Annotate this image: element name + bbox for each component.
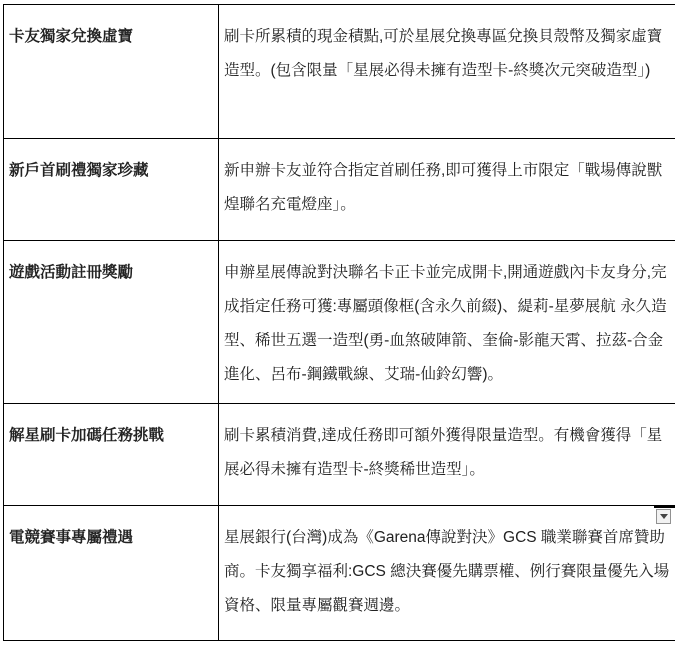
benefit-description: 刷卡累積消費,達成任務即可額外獲得限量造型。有機會獲得「星展必得未擁有造型卡-終… [219,404,675,506]
benefit-description: 申辦星展傳說對決聯名卡正卡並完成開卡,開通遊戲內卡友身分,完成指定任務可獲:專屬… [219,241,675,404]
row-separator-extension [654,506,675,508]
table-row: 新戶首刷禮獨家珍藏 新申辦卡友並符合指定首刷任務,即可獲得上市限定「戰場傳說獸煌… [4,139,675,241]
benefit-title-game-registration-reward: 遊戲活動註冊獎勵 [4,241,219,404]
benefit-title-spending-mission: 解星刷卡加碼任務挑戰 [4,404,219,506]
table-row: 遊戲活動註冊獎勵 申辦星展傳說對決聯名卡正卡並完成開卡,開通遊戲內卡友身分,完成… [4,241,675,404]
benefit-title-exclusive-redeem: 卡友獨家兌換虛寶 [4,5,219,139]
benefit-description: 新申辦卡友並符合指定首刷任務,即可獲得上市限定「戰場傳說獸煌聯名充電燈座」。 [219,139,675,241]
table-row: 電競賽事專屬禮遇 星展銀行(台灣)成為《Garena傳說對決》GCS 職業聯賽首… [4,506,675,641]
chevron-down-icon [660,514,668,519]
benefit-title-esports-privileges: 電競賽事專屬禮遇 [4,506,219,641]
page: 卡友獨家兌換虛寶 刷卡所累積的現金積點,可於星展兌換專區兌換貝殼幣及獨家虛寶造型… [0,0,675,646]
benefit-description: 刷卡所累積的現金積點,可於星展兌換專區兌換貝殼幣及獨家虛寶造型。(包含限量「星展… [219,5,675,139]
benefit-title-first-purchase-gift: 新戶首刷禮獨家珍藏 [4,139,219,241]
benefit-description: 星展銀行(台灣)成為《Garena傳說對決》GCS 職業聯賽首席贊助商。卡友獨享… [219,506,675,641]
table-row: 解星刷卡加碼任務挑戰 刷卡累積消費,達成任務即可額外獲得限量造型。有機會獲得「星… [4,404,675,506]
table-row: 卡友獨家兌換虛寶 刷卡所累積的現金積點,可於星展兌換專區兌換貝殼幣及獨家虛寶造型… [4,5,675,139]
card-benefits-table: 卡友獨家兌換虛寶 刷卡所累積的現金積點,可於星展兌換專區兌換貝殼幣及獨家虛寶造型… [3,4,675,641]
dropdown-marker-button[interactable] [656,509,671,524]
